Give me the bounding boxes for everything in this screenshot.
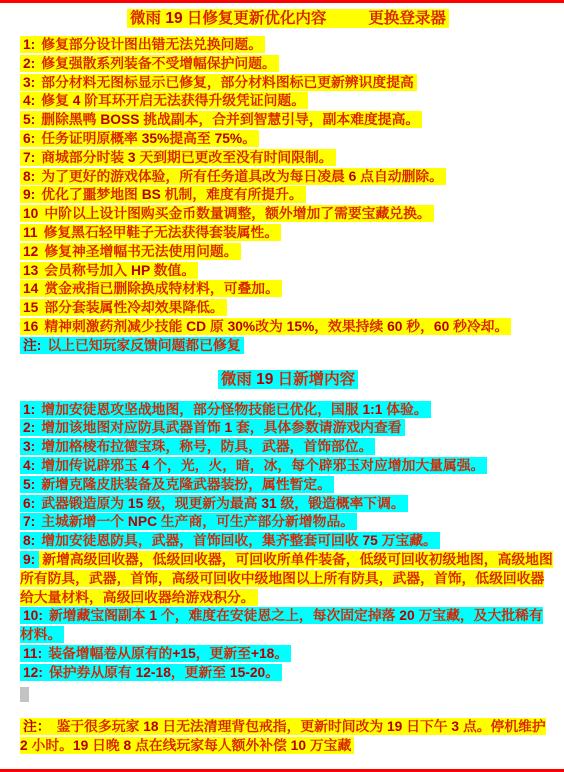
section1-line-3: 3:部分材料无图标显示已修复，部分材料图标已更新辨识度提高 <box>20 74 556 93</box>
section1-line-4: 4:修复 4 阶耳环开启无法获得升级凭证问题。 <box>20 92 556 111</box>
line-text: 会员称号加入 HP 数值。 <box>44 263 195 278</box>
line-number: 6: <box>23 131 35 146</box>
line-text: 增加该地图对应防具武器首饰 1 套，具体参数请游戏内查看 <box>41 420 401 435</box>
section1-title-highlight: 微雨 19 日修复更新优化内容更换登录器 <box>127 9 449 28</box>
section2-list: 1:增加安徒恩攻坚战地图，部分怪物技能已优化，国服 1:1 体验。2:增加该地图… <box>20 401 556 683</box>
line-number: 8: <box>23 169 35 184</box>
line-text: 修复神圣增幅书无法使用问题。 <box>44 244 237 259</box>
line-number: 1: <box>23 402 35 417</box>
line-highlight: 16精神刺激药剂减少技能 CD 原 30%改为 15%，效果持续 60 秒，60… <box>20 318 511 335</box>
line-text: 保护券从原有 12-18，更新至 15-20。 <box>49 665 279 680</box>
section1-title: 微雨 19 日修复更新优化内容 <box>130 10 326 27</box>
footer-note-label: 注： <box>23 719 51 734</box>
line-text: 部分材料无图标显示已修复，部分材料图标已更新辨识度提高 <box>41 75 414 90</box>
announcement-page: 微雨 19 日修复更新优化内容更换登录器 1:修复部分设计图出错无法兑换问题。2… <box>0 0 564 772</box>
line-highlight: 4:增加传说辟邪玉 4 个，光，火，暗，冰，每个辟邪玉对应增加大量属强。 <box>20 457 487 474</box>
section2-line-4: 4:增加传说辟邪玉 4 个，光，火，暗，冰，每个辟邪玉对应增加大量属强。 <box>20 457 556 476</box>
section1-line-8: 8:为了更好的游戏体验，所有任务道具改为每日凌晨 6 点自动删除。 <box>20 168 556 187</box>
line-highlight: 11修复黑石轻甲鞋子无法获得套装属性。 <box>20 224 281 241</box>
line-highlight: 10中阶以上设计图购买金币数量调整，额外增加了需要宝藏兑换。 <box>20 205 434 222</box>
line-number: 8: <box>23 533 35 548</box>
section2-line-9: 9:新增高级回收器，低级回收器，可回收所单件装备，低级可回收初级地图，高级地图所… <box>20 551 556 607</box>
section2-line-10: 10:新增藏宝阁副本 1 个，难度在安徒恩之上，每次固定掉落 20 万宝藏，及大… <box>20 607 556 645</box>
line-highlight: 11:装备增幅卷从原有的+15，更新至+18。 <box>20 645 291 662</box>
line-number: 11 <box>23 225 38 240</box>
line-number: 2: <box>23 420 35 435</box>
section1-line-16: 16精神刺激药剂减少技能 CD 原 30%改为 15%，效果持续 60 秒，60… <box>20 318 556 337</box>
section1-line-5: 5:删除黑鸭 BOSS 挑战副本，合并到智慧引导，副本难度提高。 <box>20 111 556 130</box>
section2-title-row: 微雨 19 日新增内容 <box>20 369 556 390</box>
line-highlight: 2:修复强散系列装备不受增幅保护问题。 <box>20 55 279 72</box>
section2-line-1: 1:增加安徒恩攻坚战地图，部分怪物技能已优化，国服 1:1 体验。 <box>20 401 556 420</box>
line-number: 5: <box>23 112 35 127</box>
section2-title: 微雨 19 日新增内容 <box>221 371 355 388</box>
line-text: 任务证明原概率 35%提高至 75%。 <box>41 131 256 146</box>
line-text: 为了更好的游戏体验，所有任务道具改为每日凌晨 6 点自动删除。 <box>41 169 443 184</box>
footer-note-highlight: 注：鉴于很多玩家 18 日无法清理背包戒指，更新时间改为 19 日下午 3 点。… <box>20 718 546 755</box>
line-text: 增加传说辟邪玉 4 个，光，火，暗，冰，每个辟邪玉对应增加大量属强。 <box>41 458 484 473</box>
line-highlight: 5:新增克隆皮肤装备及克隆武器装扮，属性暂定。 <box>20 476 334 493</box>
line-number: 7: <box>23 514 35 529</box>
line-number: 16 <box>23 319 38 334</box>
line-number: 12 <box>23 244 38 259</box>
section2-title-highlight: 微雨 19 日新增内容 <box>218 370 358 389</box>
section2-line-12: 12:保护券从原有 12-18，更新至 15-20。 <box>20 664 556 683</box>
section1-title-row: 微雨 19 日修复更新优化内容更换登录器 <box>20 8 556 29</box>
line-highlight: 注:以上已知玩家反馈问题都已修复 <box>20 337 244 354</box>
line-highlight: 8:为了更好的游戏体验，所有任务道具改为每日凌晨 6 点自动删除。 <box>20 168 446 185</box>
section2-line-5: 5:新增克隆皮肤装备及克隆武器装扮，属性暂定。 <box>20 476 556 495</box>
line-highlight: 7:主城新增一个 NPC 生产商，可生产部分新增物品。 <box>20 513 357 530</box>
line-number: 3: <box>23 439 35 454</box>
line-number: 2: <box>23 56 35 71</box>
footer-note: 注：鉴于很多玩家 18 日无法清理背包戒指，更新时间改为 19 日下午 3 点。… <box>20 717 552 756</box>
line-text: 删除黑鸭 BOSS 挑战副本，合并到智慧引导，副本难度提高。 <box>41 112 419 127</box>
section2-line-3: 3:增加格棱布拉德宝珠，称号，防具，武器，首饰部位。 <box>20 438 556 457</box>
footer-note-text: 鉴于很多玩家 18 日无法清理背包戒指，更新时间改为 19 日下午 3 点。停机… <box>20 719 546 754</box>
section1-line-1: 1:修复部分设计图出错无法兑换问题。 <box>20 36 556 55</box>
line-text: 新增藏宝阁副本 1 个，难度在安徒恩之上，每次固定掉落 20 万宝藏，及大批稀有… <box>20 608 543 642</box>
section2-line-6: 6:武器锻造原为 15 级，现更新为最高 31 级，锻造概率下调。 <box>20 495 556 514</box>
line-highlight: 3:部分材料无图标显示已修复，部分材料图标已更新辨识度提高 <box>20 74 417 91</box>
line-highlight: 9:优化了噩梦地图 BS 机制，难度有所提升。 <box>20 186 306 203</box>
line-text: 商城部分时装 3 天到期已更改至没有时间限制。 <box>41 150 332 165</box>
line-highlight: 8:增加安徒恩防具，武器，首饰回收，集齐整套可回收 75 万宝藏。 <box>20 532 440 549</box>
line-highlight: 1:增加安徒恩攻坚战地图，部分怪物技能已优化，国服 1:1 体验。 <box>20 401 431 418</box>
line-number: 7: <box>23 150 35 165</box>
line-number: 10 <box>23 206 38 221</box>
section1-line-13: 13会员称号加入 HP 数值。 <box>20 262 556 281</box>
section2-line-11: 11:装备增幅卷从原有的+15，更新至+18。 <box>20 645 556 664</box>
line-highlight: 14赏金戒指已删除换成特材料，可叠加。 <box>20 280 282 297</box>
line-text: 赏金戒指已删除换成特材料，可叠加。 <box>44 281 279 296</box>
line-text: 以上已知玩家反馈问题都已修复 <box>47 338 240 353</box>
section1-line-2: 2:修复强散系列装备不受增幅保护问题。 <box>20 55 556 74</box>
line-highlight: 10:新增藏宝阁副本 1 个，难度在安徒恩之上，每次固定掉落 20 万宝藏，及大… <box>20 607 543 643</box>
line-text: 修复 4 阶耳环开启无法获得升级凭证问题。 <box>41 93 305 108</box>
section1-line-15: 15部分套装属性冷却效果降低。 <box>20 299 556 318</box>
section2-line-7: 7:主城新增一个 NPC 生产商，可生产部分新增物品。 <box>20 513 556 532</box>
line-number: 12: <box>23 665 43 680</box>
line-highlight: 15部分套装属性冷却效果降低。 <box>20 299 227 316</box>
line-highlight: 7:商城部分时装 3 天到期已更改至没有时间限制。 <box>20 149 336 166</box>
line-number: 1: <box>23 37 35 52</box>
line-highlight: 5:删除黑鸭 BOSS 挑战副本，合并到智慧引导，副本难度提高。 <box>20 111 422 128</box>
line-number: 6: <box>23 496 35 511</box>
line-text: 增加安徒恩防具，武器，首饰回收，集齐整套可回收 75 万宝藏。 <box>41 533 437 548</box>
page-content: 微雨 19 日修复更新优化内容更换登录器 1:修复部分设计图出错无法兑换问题。2… <box>0 0 564 756</box>
line-text: 增加格棱布拉德宝珠，称号，防具，武器，首饰部位。 <box>41 439 372 454</box>
line-number: 14 <box>23 281 38 296</box>
line-number: 3: <box>23 75 35 90</box>
line-text: 优化了噩梦地图 BS 机制，难度有所提升。 <box>41 187 302 202</box>
line-highlight: 6:任务证明原概率 35%提高至 75%。 <box>20 130 259 147</box>
line-text: 主城新增一个 NPC 生产商，可生产部分新增物品。 <box>41 514 354 529</box>
text-cursor-mark <box>20 687 29 702</box>
section2-line-8: 8:增加安徒恩防具，武器，首饰回收，集齐整套可回收 75 万宝藏。 <box>20 532 556 551</box>
line-text: 修复黑石轻甲鞋子无法获得套装属性。 <box>44 225 279 240</box>
line-number: 11: <box>23 646 42 661</box>
line-text: 新增克隆皮肤装备及克隆武器装扮，属性暂定。 <box>41 477 331 492</box>
line-highlight: 3:增加格棱布拉德宝珠，称号，防具，武器，首饰部位。 <box>20 438 375 455</box>
line-text: 新增高级回收器，低级回收器，可回收所单件装备，低级可回收初级地图，高级地图所有防… <box>20 551 553 606</box>
line-text: 武器锻造原为 15 级，现更新为最高 31 级，锻造概率下调。 <box>41 496 404 511</box>
line-number: 10: <box>23 608 43 623</box>
line-highlight: 1:修复部分设计图出错无法兑换问题。 <box>20 36 265 53</box>
section1-line-10: 10中阶以上设计图购买金币数量调整，额外增加了需要宝藏兑换。 <box>20 205 556 224</box>
section1-line-6: 6:任务证明原概率 35%提高至 75%。 <box>20 130 556 149</box>
section1-line-9: 9:优化了噩梦地图 BS 机制，难度有所提升。 <box>20 186 556 205</box>
line-highlight: 13会员称号加入 HP 数值。 <box>20 262 198 279</box>
line-highlight: 2:增加该地图对应防具武器首饰 1 套，具体参数请游戏内查看 <box>20 419 405 436</box>
line-text: 修复部分设计图出错无法兑换问题。 <box>41 37 262 52</box>
section1-line-: 注:以上已知玩家反馈问题都已修复 <box>20 337 556 356</box>
line-number: 9: <box>20 551 39 568</box>
line-text: 精神刺激药剂减少技能 CD 原 30%改为 15%，效果持续 60 秒，60 秒… <box>44 319 508 334</box>
line-text: 增加安徒恩攻坚战地图，部分怪物技能已优化，国服 1:1 体验。 <box>41 402 427 417</box>
line-number: 13 <box>23 263 38 278</box>
line-highlight: 12修复神圣增幅书无法使用问题。 <box>20 243 241 260</box>
line-highlight: 12:保护券从原有 12-18，更新至 15-20。 <box>20 664 282 681</box>
section1-line-11: 11修复黑石轻甲鞋子无法获得套装属性。 <box>20 224 556 243</box>
line-text: 装备增幅卷从原有的+15，更新至+18。 <box>48 646 288 661</box>
section1-list: 1:修复部分设计图出错无法兑换问题。2:修复强散系列装备不受增幅保护问题。3:部… <box>20 36 556 356</box>
top-border-line <box>0 0 564 3</box>
section2-line-2: 2:增加该地图对应防具武器首饰 1 套，具体参数请游戏内查看 <box>20 419 556 438</box>
line-number: 注: <box>23 338 41 353</box>
line-highlight: 6:武器锻造原为 15 级，现更新为最高 31 级，锻造概率下调。 <box>20 495 408 512</box>
line-text: 修复强散系列装备不受增幅保护问题。 <box>41 56 276 71</box>
line-number: 4: <box>23 93 35 108</box>
section1-line-12: 12修复神圣增幅书无法使用问题。 <box>20 243 556 262</box>
line-highlight: 4:修复 4 阶耳环开启无法获得升级凭证问题。 <box>20 92 308 109</box>
line-text: 中阶以上设计图购买金币数量调整，额外增加了需要宝藏兑换。 <box>44 206 430 221</box>
line-number: 9: <box>23 187 35 202</box>
line-number: 5: <box>23 477 35 492</box>
line-number: 4: <box>23 458 35 473</box>
section1-line-7: 7:商城部分时装 3 天到期已更改至没有时间限制。 <box>20 149 556 168</box>
section1-line-14: 14赏金戒指已删除换成特材料，可叠加。 <box>20 280 556 299</box>
line-text: 部分套装属性冷却效果降低。 <box>44 300 223 315</box>
line-number: 15 <box>23 300 38 315</box>
section1-title-right: 更换登录器 <box>368 10 446 27</box>
